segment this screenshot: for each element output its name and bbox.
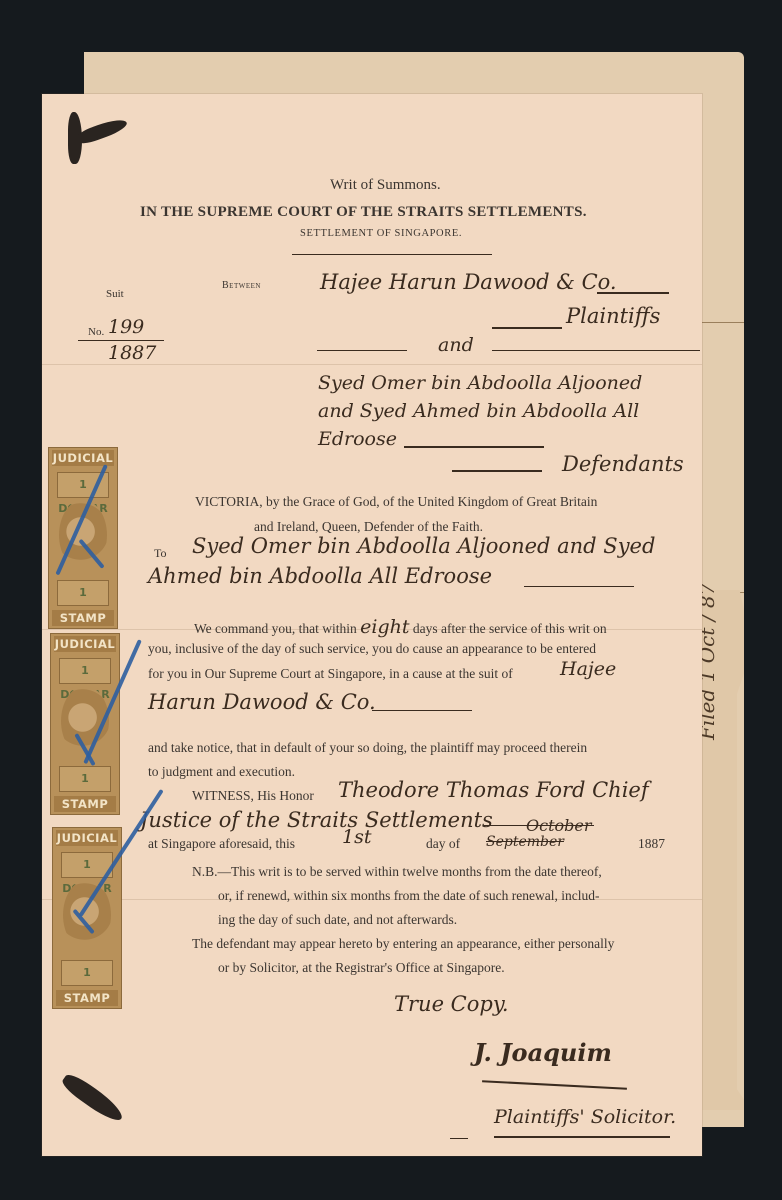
preamble-line-1: VICTORIA, by the Grace of God, of the Un… xyxy=(195,494,597,510)
burn-hole xyxy=(75,116,129,147)
to-label: To xyxy=(154,546,167,561)
defendant-line-a: The defendant may appear hereto by enter… xyxy=(192,936,614,952)
command-text: We command you, that within xyxy=(194,621,357,636)
defendant-line-2: and Syed Ahmed bin Abdoolla All xyxy=(318,400,639,422)
suit-plaintiff-hand-2: Harun Dawood & Co. xyxy=(148,690,376,714)
nb-line-2: or, if renewd, within six months from th… xyxy=(218,888,600,904)
nb-line-1: N.B.—This writ is to be served within tw… xyxy=(192,864,602,880)
fill-line xyxy=(317,350,407,351)
stamp-bottom-label: STAMP xyxy=(54,796,116,812)
date-mid: day of xyxy=(426,836,460,852)
stamp-value: 1 DOLLAR xyxy=(57,580,109,606)
settlement-name: SETTLEMENT OF SINGAPORE. xyxy=(300,228,462,239)
defendants-label: Defendants xyxy=(562,452,684,476)
date-month: October xyxy=(526,816,592,835)
and-label: and xyxy=(438,334,474,356)
stamp-value: 1 DOLLAR xyxy=(59,766,111,792)
court-name: IN THE SUPREME COURT OF THE STRAITS SETT… xyxy=(140,204,587,221)
command-text: days after the service of this writ on xyxy=(413,621,607,636)
to-line-2: Ahmed bin Abdoolla All Edroose xyxy=(148,564,492,588)
suit-number-prefix: No. xyxy=(88,326,104,338)
plaintiffs-label: Plaintiffs xyxy=(566,304,660,328)
burn-hole xyxy=(59,1071,127,1126)
fold-mark xyxy=(699,322,744,323)
queen-portrait-icon xyxy=(63,880,111,950)
suit-number: 199 xyxy=(108,316,144,338)
witness-name-1: Theodore Thomas Ford Chief xyxy=(338,778,649,802)
date-day: 1st xyxy=(342,826,371,848)
command-line-1: We command you, that within eight days a… xyxy=(194,616,607,638)
fill-line xyxy=(372,710,472,711)
defendant-line-1: Syed Omer bin Abdoolla Aljooned xyxy=(318,372,642,394)
between-label: Between xyxy=(222,280,261,291)
witness-name-2: Justice of the Straits Settlements xyxy=(140,808,493,832)
true-copy: True Copy. xyxy=(394,992,509,1016)
solicitor-underline xyxy=(494,1136,670,1138)
to-line-1: Syed Omer bin Abdoolla Aljooned and Syed xyxy=(192,534,655,558)
stamp-value: 1 DOLLAR xyxy=(61,960,113,986)
defendant-line-3: Edroose xyxy=(318,428,397,450)
date-prefix: at Singapore aforesaid, this xyxy=(148,836,295,852)
fill-line xyxy=(597,292,669,294)
stamp-bottom-label: STAMP xyxy=(52,610,114,626)
signature: J. Joaquim xyxy=(474,1038,612,1067)
command-line-3: for you in Our Supreme Court at Singapor… xyxy=(148,666,513,682)
notice-line-1: and take notice, that in default of your… xyxy=(148,740,587,756)
suit-plaintiff-hand: Hajee xyxy=(560,658,616,680)
preamble-line-2: and Ireland, Queen, Defender of the Fait… xyxy=(254,519,483,535)
writ-document: Writ of Summons. IN THE SUPREME COURT OF… xyxy=(42,94,702,1156)
fill-line xyxy=(492,327,562,329)
fill-line xyxy=(492,350,700,351)
date-year: 1887 xyxy=(638,836,665,852)
fill-line xyxy=(452,470,542,472)
stamp-bottom-label: STAMP xyxy=(56,990,118,1006)
suit-year: 1887 xyxy=(108,342,156,364)
stamp-value: 1 DOLLAR xyxy=(59,658,111,684)
suit-label: Suit xyxy=(106,288,124,300)
suit-rule xyxy=(78,340,164,341)
notice-line-2: to judgment and execution. xyxy=(148,764,295,780)
stamp-top-label: JUDICIAL xyxy=(54,636,116,652)
judicial-stamp-3: JUDICIAL 1 DOLLAR 1 DOLLAR STAMP xyxy=(52,827,122,1009)
date-month-struck: September xyxy=(486,834,564,850)
judicial-stamp-2: JUDICIAL 1 DOLLAR 1 DOLLAR STAMP xyxy=(50,633,120,815)
fill-line xyxy=(450,1138,468,1139)
plaintiff-name: Hajee Harun Dawood & Co. xyxy=(320,270,617,294)
command-line-2: you, inclusive of the day of such servic… xyxy=(148,641,596,657)
signature-underline xyxy=(482,1080,627,1090)
command-days: eight xyxy=(360,616,409,638)
fill-line xyxy=(404,446,544,448)
document-heading: Writ of Summons. xyxy=(330,177,441,194)
fill-line xyxy=(524,586,634,587)
judicial-stamp-1: JUDICIAL 1 DOLLAR 1 DOLLAR STAMP xyxy=(48,447,118,629)
ornament-rule xyxy=(292,254,492,255)
nb-line-3: ing the day of such date, and not afterw… xyxy=(218,912,457,928)
solicitor-label: Plaintiffs' Solicitor. xyxy=(494,1106,676,1128)
witness-label: WITNESS, His Honor xyxy=(192,788,314,804)
crease xyxy=(42,364,702,365)
stamp-top-label: JUDICIAL xyxy=(56,830,118,846)
defendant-line-b: or by Solicitor, at the Registrar's Offi… xyxy=(218,960,505,976)
